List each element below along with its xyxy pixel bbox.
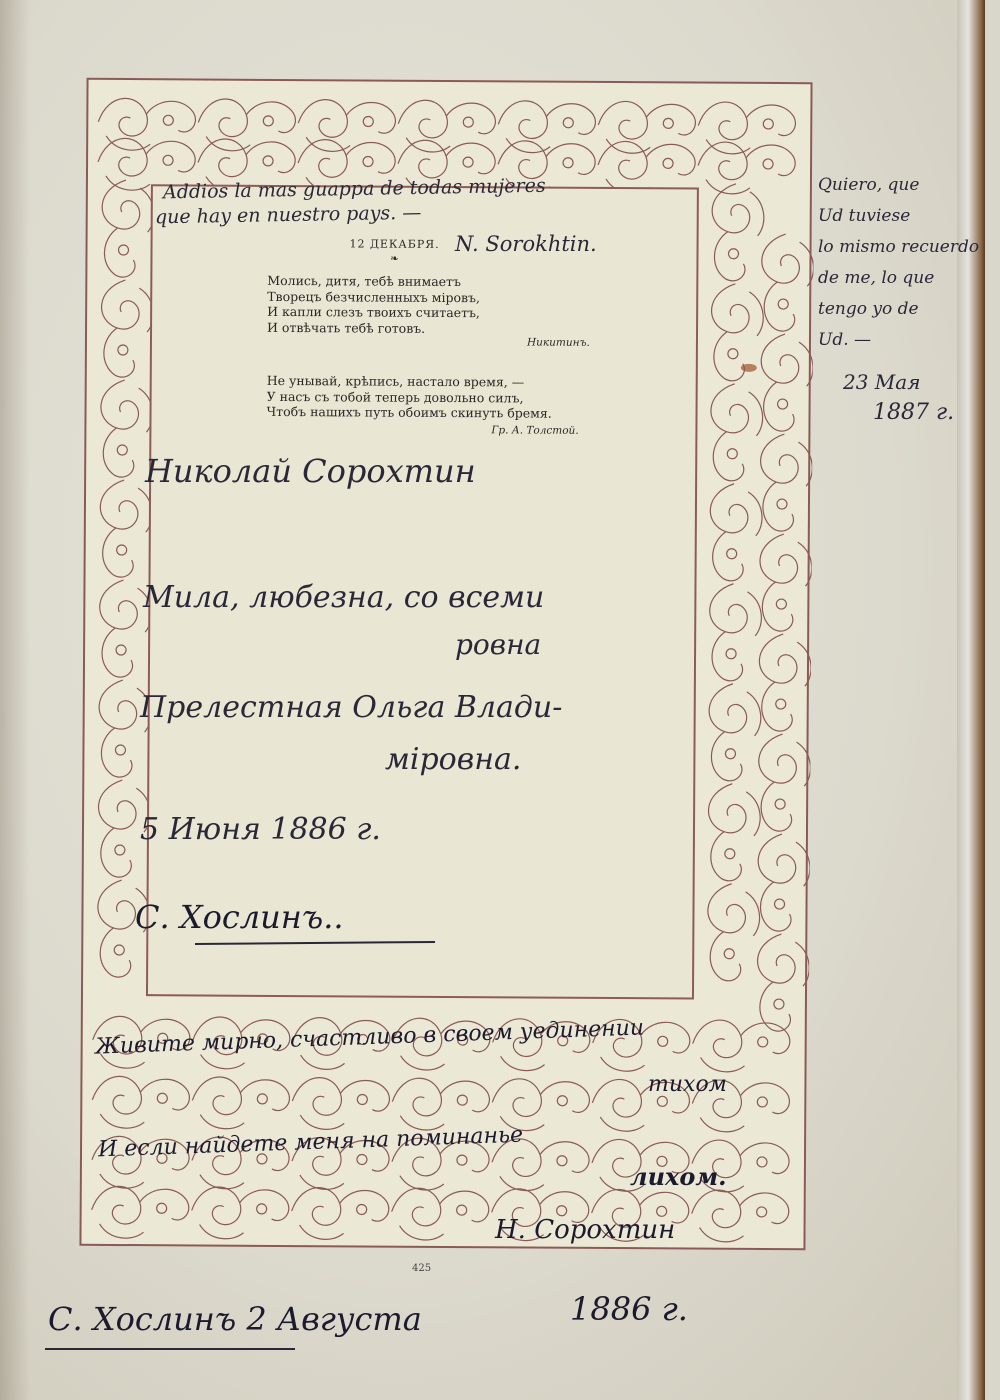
margin-note-date: 23 Мая bbox=[843, 370, 920, 394]
bottom-place-date: С. Хослинъ 2 Августа bbox=[48, 1300, 422, 1338]
poem-line: Не унывай, крѣпись, настало время, — bbox=[267, 373, 552, 390]
bottom-year: 1886 г. bbox=[570, 1290, 688, 1328]
dedication-line1: Мила, любезна, со всеми bbox=[143, 580, 544, 615]
margin-note-line: de me, lo que bbox=[818, 263, 979, 294]
page-number: 425 bbox=[412, 1263, 431, 1274]
margin-note-line: lo mismo recuerdo bbox=[818, 232, 979, 263]
poem-nikitin: Молись, дитя, тебѣ внимаетъ Творецъ безч… bbox=[267, 273, 480, 336]
poem-line: Молись, дитя, тебѣ внимаетъ bbox=[267, 273, 480, 290]
poem-line: И отвѣчать тебѣ готовъ. bbox=[267, 319, 480, 336]
bottom-verse-line2-continuation: лихом. bbox=[630, 1162, 727, 1191]
album-page: 12 ДЕКАБРЯ. ❧ Молись, дитя, тебѣ внимает… bbox=[0, 0, 985, 1400]
dedication-date: 5 Июня 1886 г. bbox=[140, 812, 381, 847]
poem-tolstoy: Не унывай, крѣпись, настало время, — У н… bbox=[266, 373, 552, 421]
handwritten-signature-russian: Николай Сорохтин bbox=[145, 452, 476, 490]
bottom-verse-signature: Н. Сорохтин bbox=[495, 1215, 675, 1245]
ink-stain bbox=[741, 364, 757, 372]
printed-date-heading: 12 ДЕКАБРЯ. bbox=[93, 236, 697, 253]
dedication-line2-continuation: міровна. bbox=[385, 742, 521, 777]
fleuron-icon: ❧ bbox=[92, 252, 696, 267]
dedication-line1-continuation: ровна bbox=[455, 628, 541, 661]
poem-line: И капли слезъ твоихъ считаетъ, bbox=[267, 304, 480, 321]
handwritten-signature-latin: N. Sorokhtin. bbox=[455, 232, 597, 256]
dedication-place: С. Хослинъ.. bbox=[135, 898, 344, 936]
poem-author-tolstoy: Гр. А. Толстой. bbox=[491, 424, 578, 437]
dedication-line2: Прелестная Ольга Влади- bbox=[140, 690, 562, 725]
poem-line: У насъ съ тобой теперь довольно силъ, bbox=[267, 388, 552, 405]
poem-line: Чтобъ нашихъ путь обоимъ скинуть бремя. bbox=[266, 404, 551, 421]
margin-note-line: Quiero, que bbox=[818, 170, 979, 201]
spine-shadow bbox=[0, 0, 30, 1400]
margin-note-year: 1887 г. bbox=[873, 400, 954, 425]
poem-line: Творецъ безчисленныхъ міровъ, bbox=[267, 288, 480, 305]
handwritten-spanish-line2: que hay en nuestro pays. — bbox=[155, 202, 422, 229]
margin-note-line: Ud tuviese bbox=[818, 201, 979, 232]
margin-note: Quiero, que Ud tuviese lo mismo recuerdo… bbox=[818, 170, 979, 356]
bottom-verse-line1-continuation: тихом bbox=[648, 1072, 727, 1097]
bottom-place-underline bbox=[45, 1348, 295, 1350]
margin-note-line: Ud. — bbox=[818, 325, 979, 356]
poem-author-nikitin: Никитинъ. bbox=[527, 336, 590, 348]
margin-note-line: tengo yo de bbox=[818, 294, 979, 325]
